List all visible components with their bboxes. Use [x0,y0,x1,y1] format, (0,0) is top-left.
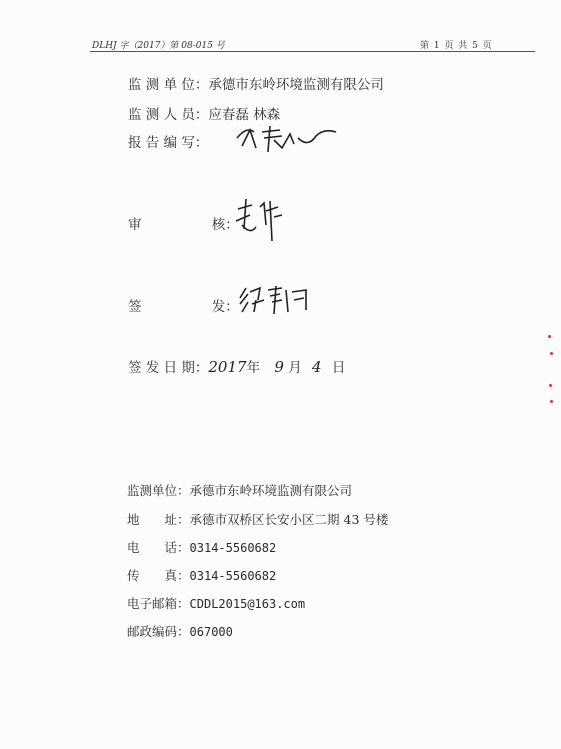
contact-phone: 电 话：0314-5560682 [127,538,276,556]
contact-email: 电子邮箱：CDDL2015@163.com [127,594,305,612]
seal-edge-mark [549,384,552,387]
field-label: 监 测 人 员： [128,103,208,123]
field-report-author: 报 告 编 写： [128,131,208,151]
reviewer-signature [230,195,290,245]
field-label: 报 告 编 写： [128,131,208,151]
contact-postcode: 邮政编码：067000 [127,622,233,640]
field-value: 承德市东岭环境监测有限公司 [208,77,384,93]
issuer-signature [236,282,316,318]
document-number: DLHJ 字（2017）第 08-015 号 [92,38,225,51]
field-monitoring-unit: 监 测 单 位：承德市东岭环境监测有限公司 [128,73,384,93]
seal-edge-mark [550,352,553,355]
contact-address: 地 址：承德市双桥区长安小区二期 43 号楼 [127,510,388,528]
header-rule [90,51,535,52]
seal-edge-mark [550,400,553,403]
issue-date: 签 发 日 期：2017年 9 月 4 日 [128,356,345,376]
document-page: DLHJ 字（2017）第 08-015 号 第 1 页 共 5 页 监 测 单… [0,0,561,749]
review-label: 审 核： [128,213,239,233]
contact-unit: 监测单位：承德市东岭环境监测有限公司 [127,481,352,499]
seal-edge-mark [548,335,551,338]
author-signature [232,118,342,158]
issue-label: 签 发： [128,295,239,315]
page-info: 第 1 页 共 5 页 [420,38,493,51]
contact-fax: 传 真：0314-5560682 [127,566,276,584]
field-label: 监 测 单 位： [128,73,208,93]
